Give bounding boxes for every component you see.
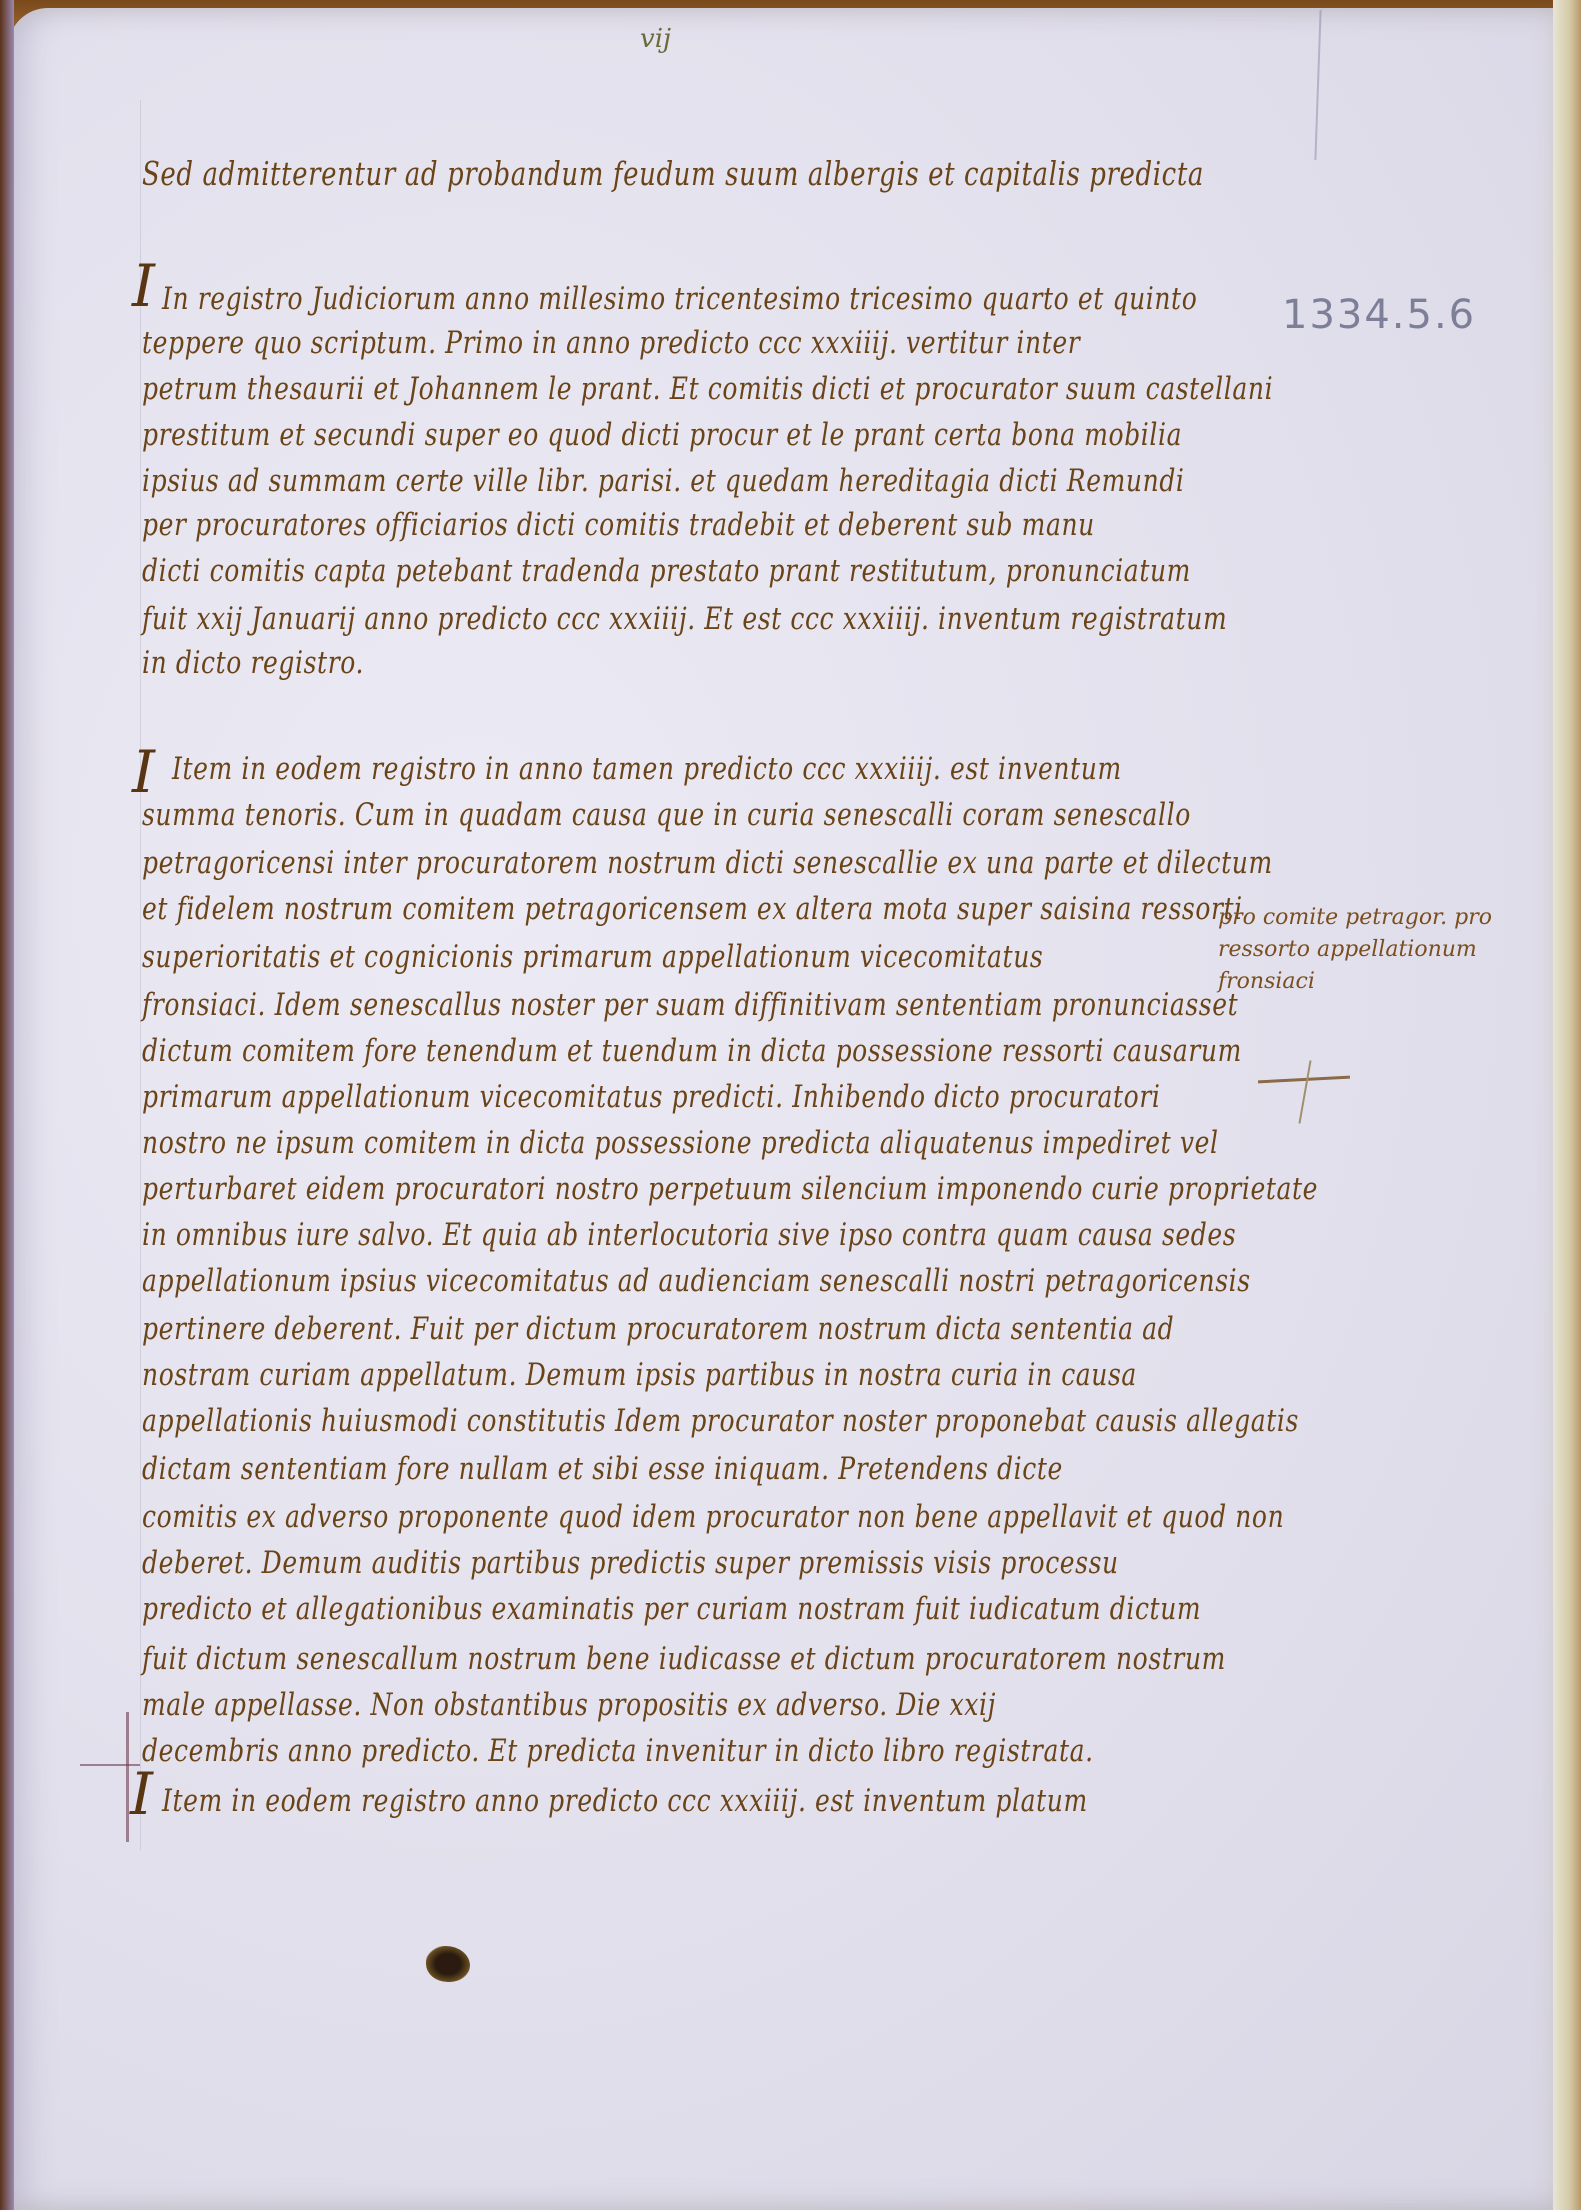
folio-number: vij bbox=[640, 24, 671, 54]
margin-ruling bbox=[140, 100, 141, 1850]
page-edge-right bbox=[1553, 0, 1581, 2210]
text-line: appellationum ipsius vicecomitatus ad au… bbox=[142, 1262, 1251, 1298]
text-line: dicti comitis capta petebant tradenda pr… bbox=[142, 552, 1191, 588]
text-line: pertinere deberent. Fuit per dictum proc… bbox=[142, 1310, 1174, 1346]
text-line: in dicto registro. bbox=[142, 644, 364, 680]
text-line: comitis ex adverso proponente quod idem … bbox=[142, 1498, 1284, 1534]
text-line: et fidelem nostrum comitem petragoricens… bbox=[142, 890, 1243, 926]
text-line: decembris anno predicto. Et predicta inv… bbox=[142, 1732, 1094, 1768]
text-line: fuit dictum senescallum nostrum bene iud… bbox=[142, 1640, 1226, 1676]
text-line: primarum appellationum vicecomitatus pre… bbox=[142, 1078, 1160, 1114]
text-line: Item in eodem registro anno predicto ccc… bbox=[162, 1782, 1088, 1818]
text-line: predicto et allegationibus examinatis pe… bbox=[142, 1590, 1201, 1626]
text-line: summa tenoris. Cum in quadam causa que i… bbox=[142, 796, 1191, 832]
text-line: In registro Judiciorum anno millesimo tr… bbox=[162, 280, 1197, 316]
text-line: petrum thesaurii et Johannem le prant. E… bbox=[142, 370, 1273, 406]
text-line: Item in eodem registro in anno tamen pre… bbox=[172, 750, 1122, 786]
text-line: petragoricensi inter procuratorem nostru… bbox=[142, 844, 1273, 880]
text-line: teppere quo scriptum. Primo in anno pred… bbox=[142, 324, 1080, 360]
text-line: nostro ne ipsum comitem in dicta possess… bbox=[142, 1124, 1219, 1160]
text-line: male appellasse. Non obstantibus proposi… bbox=[142, 1686, 996, 1722]
ink-blot bbox=[426, 1946, 470, 1982]
text-line: superioritatis et cognicionis primarum a… bbox=[142, 938, 1043, 974]
text-line: nostram curiam appellatum. Demum ipsis p… bbox=[142, 1356, 1137, 1392]
binding-edge bbox=[0, 0, 14, 2210]
text-line: prestitum et secundi super eo quod dicti… bbox=[142, 416, 1182, 452]
margin-note-line: pro comite petragor. pro bbox=[1218, 902, 1558, 934]
manuscript-photo: vij 1334.5.6 Sed admitterentur ad proban… bbox=[0, 0, 1581, 2210]
text-line: fronsiaci. Idem senescallus noster per s… bbox=[142, 986, 1238, 1022]
text-line: in omnibus iure salvo. Et quia ab interl… bbox=[142, 1216, 1236, 1252]
heading-line: Sed admitterentur ad probandum feudum su… bbox=[142, 156, 1204, 194]
margin-note: pro comite petragor. pro ressorto appell… bbox=[1218, 902, 1558, 998]
margin-note-line: fronsiaci bbox=[1218, 966, 1558, 998]
text-line: appellationis huiusmodi constitutis Idem… bbox=[142, 1402, 1299, 1438]
text-line: dictum comitem fore tenendum et tuendum … bbox=[142, 1032, 1242, 1068]
text-line: per procuratores officiarios dicti comit… bbox=[142, 506, 1095, 542]
text-line: ipsius ad summam certe ville libr. paris… bbox=[142, 462, 1185, 498]
text-line: deberet. Demum auditis partibus predicti… bbox=[142, 1544, 1119, 1580]
pencil-date-annotation: 1334.5.6 bbox=[1282, 292, 1476, 338]
text-line: dictam sententiam fore nullam et sibi es… bbox=[142, 1450, 1063, 1486]
left-margin-cross-icon bbox=[80, 1712, 140, 1842]
text-line: fuit xxij Januarij anno predicto ccc xxx… bbox=[142, 600, 1227, 636]
bleed-through bbox=[640, 232, 648, 260]
paragraph-initial: I bbox=[132, 252, 155, 320]
margin-note-line: ressorto appellationum bbox=[1218, 934, 1558, 966]
cross-mark-icon bbox=[1258, 1060, 1350, 1130]
text-line: perturbaret eidem procuratori nostro per… bbox=[142, 1170, 1318, 1206]
